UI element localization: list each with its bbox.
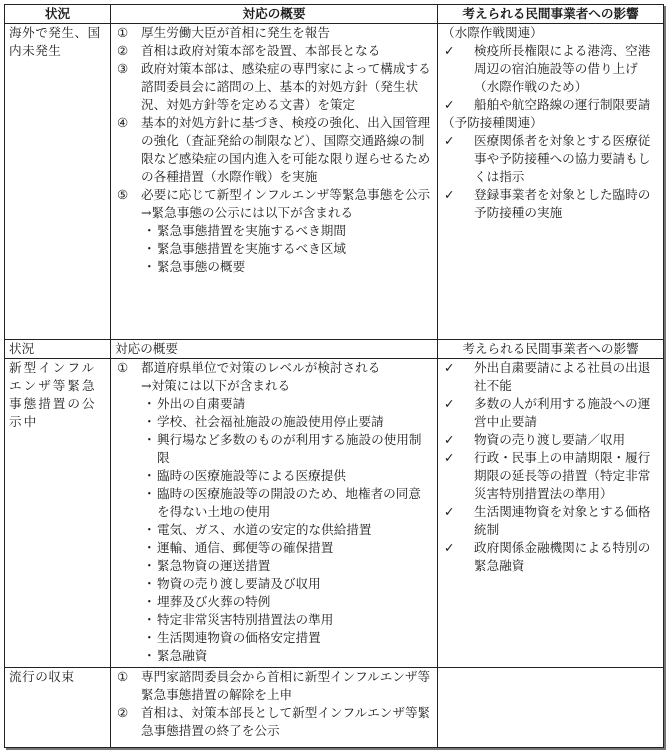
item-number: ⑤ xyxy=(115,186,141,204)
bullet-icon: ・ xyxy=(143,485,157,521)
bullet-item: ・生活関連物資の価格安定措置 xyxy=(115,629,433,647)
impact-cell: ✓外出自粛要請による社員の出退社不能 ✓多数の人が利用する施設への運営中止要請 … xyxy=(438,359,664,668)
bullet-item: ・埋葬及び火葬の特例 xyxy=(115,593,433,611)
item-text: 基本的対処方針に基づき、検疫の強化、出入国管理の強化（査証発給の制限など）、国際… xyxy=(141,114,433,186)
status-text: 流行の収束 xyxy=(9,668,106,686)
bullet-item: ・電気、ガス、水道の安定的な供給措置 xyxy=(115,521,433,539)
bullet-item: ・外出の自粛要請 xyxy=(115,395,433,413)
response-item: ② 首相は、対策本部長として新型インフルエンザ等緊急事態措置の終了を公示 xyxy=(115,704,433,740)
check-icon: ✓ xyxy=(442,503,474,539)
impact-cell-empty xyxy=(438,668,664,748)
response-item: ① 厚生労働大臣が首相に発生を報告 xyxy=(115,24,433,42)
bullet-icon: ・ xyxy=(143,557,157,575)
bullet-item: ・緊急融資 xyxy=(115,647,433,665)
impact-item: ✓外出自粛要請による社員の出退社不能 xyxy=(442,359,659,395)
response-item: ⑤ 必要に応じて新型インフルエンザ等緊急事態を公示 xyxy=(115,186,433,204)
check-icon: ✓ xyxy=(442,431,474,449)
status-cell: 流行の収束 xyxy=(5,668,111,748)
bullet-item: ・物資の売り渡し要請及び収用 xyxy=(115,575,433,593)
check-icon: ✓ xyxy=(442,449,474,503)
check-icon: ✓ xyxy=(442,186,474,222)
response-item: ④ 基本的対処方針に基づき、検疫の強化、出入国管理の強化（査証発給の制限など）、… xyxy=(115,114,433,186)
bullet-item: ・臨時の医療施設等の開設のため、地権者の同意を得ない土地の使用 xyxy=(115,485,433,521)
arrow-note: →緊急事態の公示には以下が含まれる xyxy=(115,204,433,222)
bullet-icon: ・ xyxy=(143,258,157,276)
header-response: 対応の概要 xyxy=(111,5,438,24)
item-number: ① xyxy=(115,668,141,704)
item-number: ① xyxy=(115,24,141,42)
check-icon: ✓ xyxy=(442,96,474,114)
header-row: 状況 対応の概要 考えられる民間事業者への影響 xyxy=(5,5,664,24)
impact-item: ✓政府関係金融機関による特別の緊急融資 xyxy=(442,539,659,575)
response-item: ① 都道府県単位で対策のレベルが検討される xyxy=(115,359,433,377)
bullet-item: ・緊急事態措置を実施するべき期間 xyxy=(115,222,433,240)
impact-item: ✓行政・民事上の申請期限・履行期限の延長等の措置（特定非常災害特別措置法の準用） xyxy=(442,449,659,503)
response-item: ① 専門家諮問委員会から首相に新型インフルエンザ等緊急事態措置の解除を上申 xyxy=(115,668,433,704)
check-icon: ✓ xyxy=(442,395,474,431)
item-text: 首相は、対策本部長として新型インフルエンザ等緊急事態措置の終了を公示 xyxy=(141,704,433,740)
subheader-response: 対応の概要 xyxy=(111,340,438,359)
item-text: 首相は政府対策本部を設置、本部長となる xyxy=(141,42,433,60)
response-item: ② 首相は政府対策本部を設置、本部長となる xyxy=(115,42,433,60)
arrow-note: →対策には以下が含まれる xyxy=(115,377,433,395)
bullet-item: ・学校、社会福祉施設の施設使用停止要請 xyxy=(115,413,433,431)
bullet-item: ・運輸、通信、郵便等の確保措置 xyxy=(115,539,433,557)
status-cell: 海外で発生、国内未発生 xyxy=(5,24,111,340)
impact-item: ✓物資の売り渡し要請／収用 xyxy=(442,431,659,449)
header-status: 状況 xyxy=(5,5,111,24)
impact-cell: （水際作戦関連） ✓検疫所長権限による港湾、空港周辺の宿泊施設等の借り上げ（水際… xyxy=(438,24,664,340)
subheader-impact: 考えられる民間事業者への影響 xyxy=(438,340,664,359)
item-text: 専門家諮問委員会から首相に新型インフルエンザ等緊急事態措置の解除を上申 xyxy=(141,668,433,704)
bullet-icon: ・ xyxy=(143,647,157,665)
check-icon: ✓ xyxy=(442,132,474,186)
item-text: 都道府県単位で対策のレベルが検討される xyxy=(141,359,433,377)
impact-item: ✓登録事業者を対象とした臨時の予防接種の実施 xyxy=(442,186,659,222)
item-number: ④ xyxy=(115,114,141,186)
subheader-status: 状況 xyxy=(5,340,111,359)
response-cell: ① 厚生労働大臣が首相に発生を報告 ② 首相は政府対策本部を設置、本部長となる … xyxy=(111,24,438,340)
impact-item: ✓多数の人が利用する施設への運営中止要請 xyxy=(442,395,659,431)
bullet-item: ・臨時の医療施設等による医療提供 xyxy=(115,467,433,485)
response-item: ③ 政府対策本部は、感染症の専門家によって構成する諮問委員会に諮問の上、基本的対… xyxy=(115,60,433,114)
impact-item: ✓検疫所長権限による港湾、空港周辺の宿泊施設等の借り上げ（水際作戦のため） xyxy=(442,42,659,96)
impact-group-label: （水際作戦関連） xyxy=(442,24,659,42)
impact-item: ✓生活関連物資を対象とする価格統制 xyxy=(442,503,659,539)
item-text: 政府対策本部は、感染症の専門家によって構成する諮問委員会に諮問の上、基本的対処方… xyxy=(141,60,433,114)
bullet-icon: ・ xyxy=(143,575,157,593)
item-text: 厚生労働大臣が首相に発生を報告 xyxy=(141,24,433,42)
item-number: ③ xyxy=(115,60,141,114)
item-number: ② xyxy=(115,42,141,60)
bullet-icon: ・ xyxy=(143,240,157,258)
bullet-icon: ・ xyxy=(143,611,157,629)
header-impact: 考えられる民間事業者への影響 xyxy=(438,5,664,24)
bullet-icon: ・ xyxy=(143,413,157,431)
bullet-item: ・緊急事態の概要 xyxy=(115,258,433,276)
response-cell: ① 都道府県単位で対策のレベルが検討される →対策には以下が含まれる ・外出の自… xyxy=(111,359,438,668)
bullet-item: ・特定非常災害特別措置法の準用 xyxy=(115,611,433,629)
bullet-icon: ・ xyxy=(143,539,157,557)
impact-item: ✓医療関係者を対象とする医療従事や予防接種への協力要請もしくは指示 xyxy=(442,132,659,186)
table-row-overseas: 海外で発生、国内未発生 ① 厚生労働大臣が首相に発生を報告 ② 首相は政府対策本… xyxy=(5,24,664,340)
table-row-subsiding: 流行の収束 ① 専門家諮問委員会から首相に新型インフルエンザ等緊急事態措置の解除… xyxy=(5,668,664,748)
bullet-icon: ・ xyxy=(143,431,157,467)
check-icon: ✓ xyxy=(442,42,474,96)
bullet-icon: ・ xyxy=(143,395,157,413)
bullet-icon: ・ xyxy=(143,222,157,240)
response-cell: ① 専門家諮問委員会から首相に新型インフルエンザ等緊急事態措置の解除を上申 ② … xyxy=(111,668,438,748)
bullet-icon: ・ xyxy=(143,521,157,539)
status-cell: 新型インフルエンザ等緊急事態措置の公示中 xyxy=(5,359,111,668)
bullet-item: ・緊急物資の運送措置 xyxy=(115,557,433,575)
check-icon: ✓ xyxy=(442,359,474,395)
status-text: 海外で発生、国内未発生 xyxy=(9,24,106,60)
status-text: 新型インフルエンザ等緊急事態措置の公示中 xyxy=(9,359,106,431)
check-icon: ✓ xyxy=(442,539,474,575)
bullet-icon: ・ xyxy=(143,467,157,485)
pandemic-response-table: 状況 対応の概要 考えられる民間事業者への影響 海外で発生、国内未発生 ① 厚生… xyxy=(4,4,664,748)
bullet-item: ・緊急事態措置を実施するべき区域 xyxy=(115,240,433,258)
impact-group-label: （予防接種関連） xyxy=(442,114,659,132)
item-number: ② xyxy=(115,704,141,740)
bullet-icon: ・ xyxy=(143,629,157,647)
bullet-icon: ・ xyxy=(143,593,157,611)
impact-item: ✓船舶や航空路線の運行制限要請 xyxy=(442,96,659,114)
subheader-row: 状況 対応の概要 考えられる民間事業者への影響 xyxy=(5,340,664,359)
item-number: ① xyxy=(115,359,141,377)
item-text: 必要に応じて新型インフルエンザ等緊急事態を公示 xyxy=(141,186,433,204)
table-row-emergency: 新型インフルエンザ等緊急事態措置の公示中 ① 都道府県単位で対策のレベルが検討さ… xyxy=(5,359,664,668)
bullet-item: ・興行場など多数のものが利用する施設の使用制限 xyxy=(115,431,433,467)
